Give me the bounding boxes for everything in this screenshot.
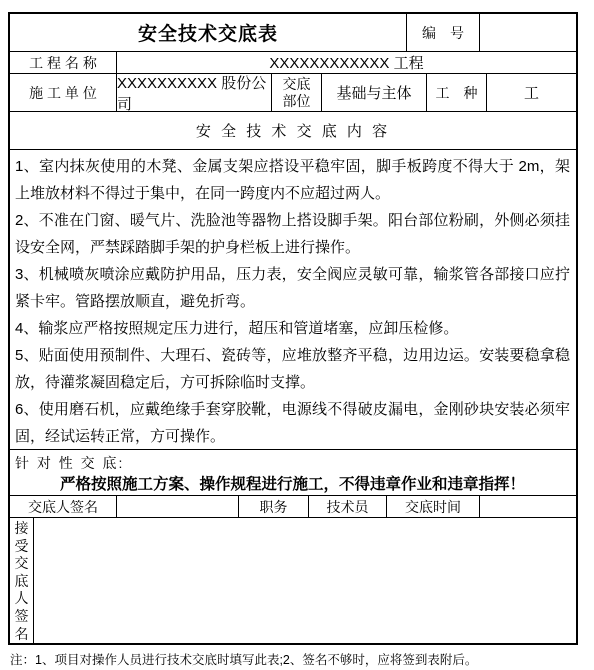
signer-row: 交底人签名 职务 技术员 交底时间 (10, 496, 576, 518)
targeted-disclosure-label: 针 对 性 交 底: (15, 453, 570, 473)
project-name-label: 工 程 名 称 (10, 52, 117, 73)
disclosure-item: 4、输浆应严格按照规定压力进行，超压和管道堵塞，应卸压检修。 (15, 315, 570, 342)
disclosure-item: 3、机械喷灰喷涂应戴防护用品，压力表，安全阀应灵敏可靠，输浆管各部接口应拧紧卡牢… (15, 261, 570, 315)
project-row: 工 程 名 称 XXXXXXXXXXXX 工程 (10, 52, 576, 74)
receiver-signature-label: 接受交底人签名 (10, 518, 33, 643)
content-section-title: 安 全 技 术 交 底 内 容 (10, 112, 576, 149)
unit-row: 施 工 单 位 XXXXXXXXXX 股份公司 交底部位 基础与主体 工 种 工 (10, 74, 576, 112)
title-row: 安全技术交底表 编 号 (10, 14, 576, 52)
disclosure-item: 2、不准在门窗、暖气片、洗脸池等器物上搭设脚手架。阳台部位粉刷，外侧必须挂设安全… (15, 207, 570, 261)
form-title: 安全技术交底表 (10, 14, 407, 51)
targeted-row: 针 对 性 交 底: 严格按照施工方案、操作规程进行施工，不得违章作业和违章指挥… (10, 450, 576, 496)
disclosure-item: 6、使用磨石机，应戴绝缘手套穿胶靴，电源线不得破皮漏电，金刚砂块安装必须牢固，经… (15, 396, 570, 449)
section-header-row: 安 全 技 术 交 底 内 容 (10, 112, 576, 150)
targeted-disclosure-text: 严格按照施工方案、操作规程进行施工，不得违章作业和违章指挥！ (15, 473, 570, 495)
number-value-cell (480, 14, 576, 51)
disclosure-time-cell (480, 496, 576, 517)
disclosure-part-label: 交底部位 (283, 76, 311, 110)
disclosure-time-label: 交底时间 (387, 496, 480, 517)
construction-unit-label: 施 工 单 位 (10, 74, 117, 111)
disclosure-part-value: 基础与主体 (322, 74, 427, 111)
content-body: 1、室内抹灰使用的木凳、金属支架应搭设平稳牢固，脚手板跨度不得大于 2m，架上堆… (10, 150, 576, 449)
position-value: 技术员 (309, 496, 387, 517)
disclosure-item: 1、室内抹灰使用的木凳、金属支架应搭设平稳牢固，脚手板跨度不得大于 2m，架上堆… (15, 153, 570, 207)
form-table: 安全技术交底表 编 号 工 程 名 称 XXXXXXXXXXXX 工程 施 工 … (8, 12, 578, 645)
position-label: 职务 (239, 496, 309, 517)
construction-unit-value: XXXXXXXXXX 股份公司 (117, 74, 272, 111)
disclosure-part-label-cell: 交底部位 (272, 74, 322, 111)
disclosure-item: 5、贴面使用预制件、大理石、瓷砖等，应堆放整齐平稳，边用边运。安装要稳拿稳放，待… (15, 342, 570, 396)
discloser-signature-cell (117, 496, 239, 517)
work-type-value: 工 (487, 74, 576, 111)
content-row: 1、室内抹灰使用的木凳、金属支架应搭设平稳牢固，脚手板跨度不得大于 2m，架上堆… (10, 150, 576, 450)
project-name-value: XXXXXXXXXXXX 工程 (117, 52, 576, 73)
footnote: 注：1、项目对操作人员进行技术交底时填写此表;2、签名不够时，应将签到表附后。 (10, 650, 477, 668)
receiver-signature-cell (34, 518, 576, 643)
number-label: 编 号 (407, 14, 480, 51)
targeted-cell: 针 对 性 交 底: 严格按照施工方案、操作规程进行施工，不得违章作业和违章指挥… (10, 450, 576, 495)
receiver-signature-label-cell: 接受交底人签名 (10, 518, 34, 643)
receiver-row: 接受交底人签名 (10, 518, 576, 643)
work-type-label: 工 种 (427, 74, 487, 111)
discloser-signature-label: 交底人签名 (10, 496, 117, 517)
page: 安全技术交底表 编 号 工 程 名 称 XXXXXXXXXXXX 工程 施 工 … (0, 0, 594, 670)
